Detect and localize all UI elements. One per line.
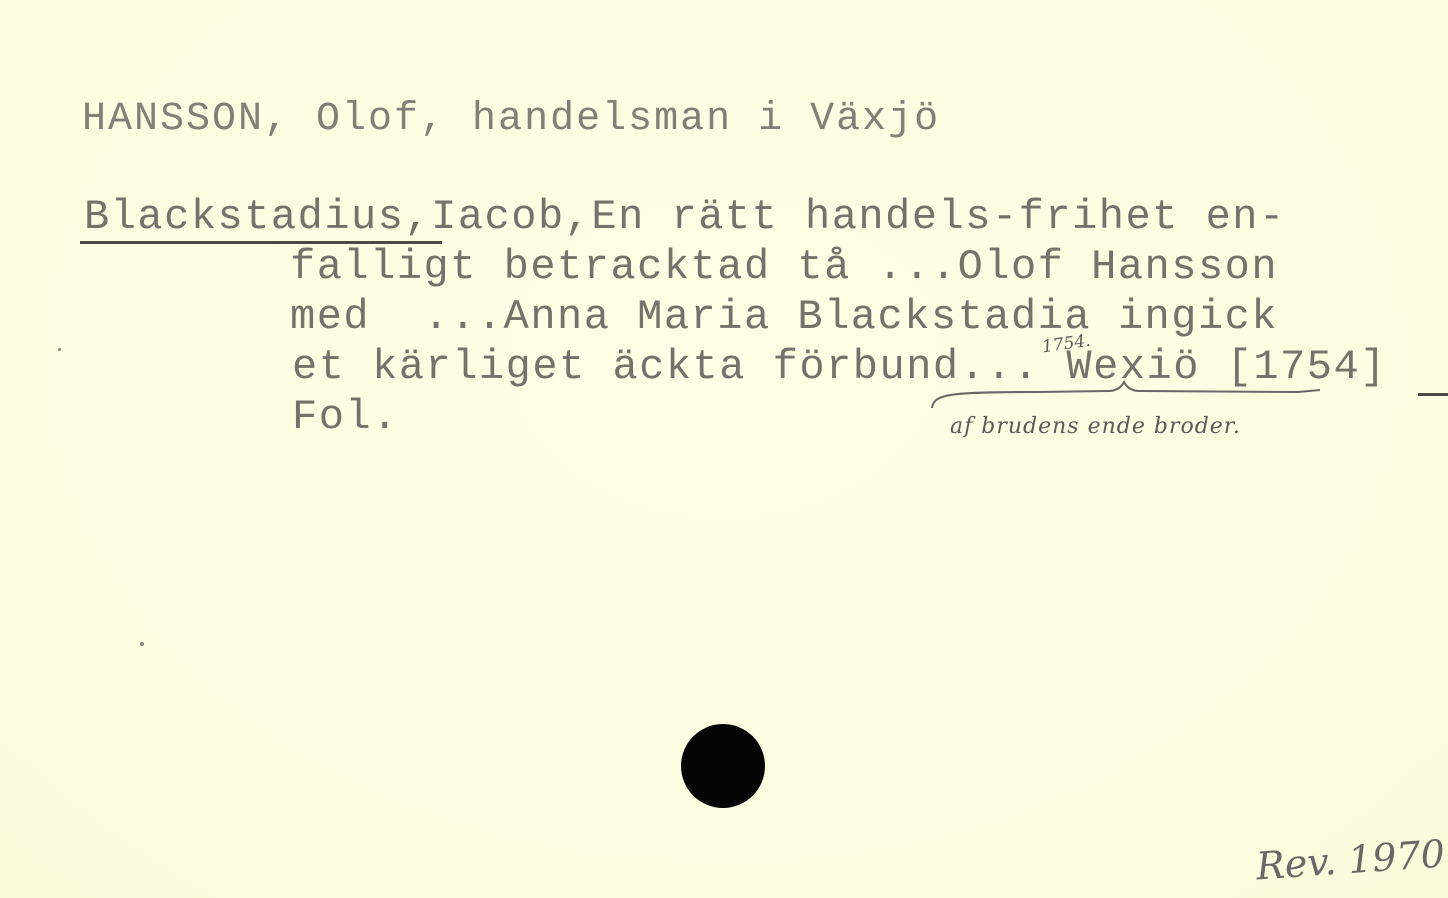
speck: [140, 642, 144, 646]
entry-line-2: falligt betracktad tå ...Olof Hansson: [290, 246, 1278, 288]
punch-hole: [681, 724, 765, 808]
entry-line-1: Blackstadius,Iacob,En rätt handels-frihe…: [84, 196, 1286, 238]
entry-line-5: Fol.: [292, 396, 399, 438]
handwritten-note: af brudens ende broder.: [950, 414, 1241, 439]
speck: [58, 348, 61, 351]
catalog-card: HANSSON, Olof, handelsman i Växjö Blacks…: [0, 0, 1448, 898]
entry-line-3: med ...Anna Maria Blackstadia ingick: [290, 296, 1278, 338]
handwritten-brace-icon: [928, 380, 1328, 410]
card-heading: HANSSON, Olof, handelsman i Växjö: [82, 100, 940, 140]
revision-mark: Rev. 1970: [1255, 831, 1447, 888]
year-underline: [1418, 393, 1448, 396]
